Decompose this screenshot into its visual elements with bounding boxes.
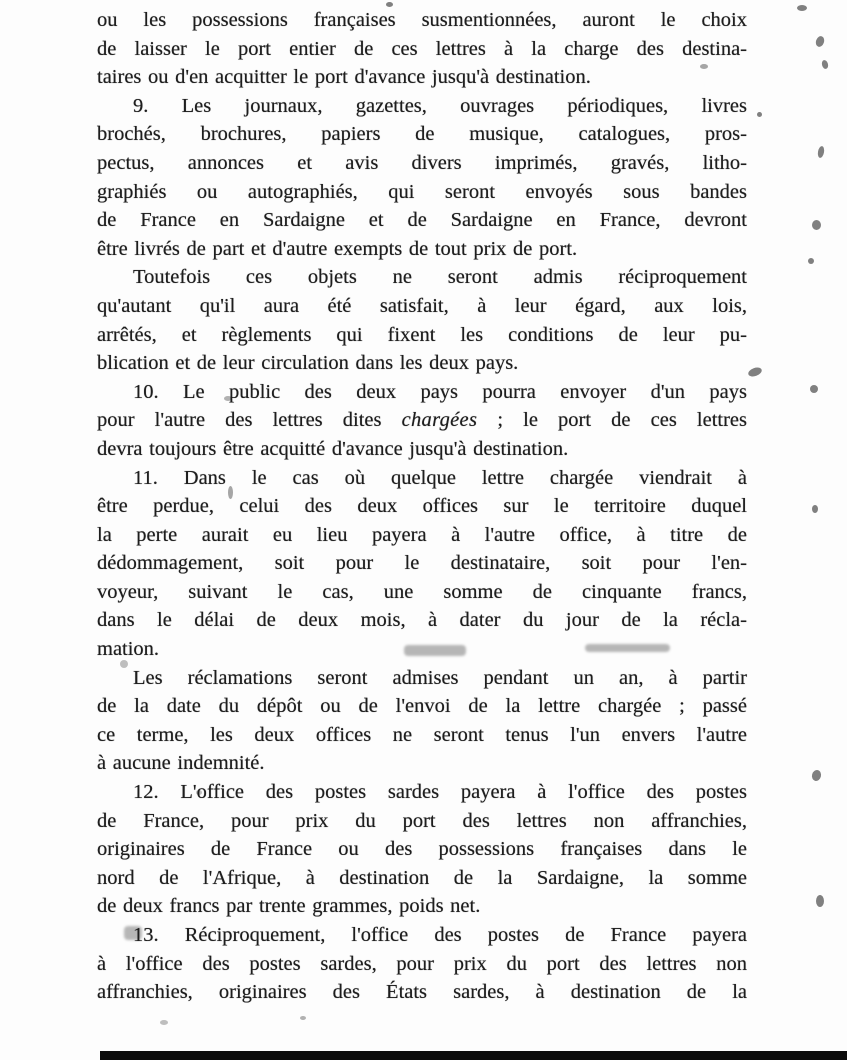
text-line: la perte aurait eu lieu payera à l'autre… (97, 521, 747, 550)
ink-smudge (585, 644, 670, 652)
text-line: Les réclamations seront admises pendant … (97, 664, 747, 693)
text-line: 9. Les journaux, gazettes, ouvrages péri… (97, 92, 747, 121)
ink-speck (386, 2, 393, 7)
text-line: de laisser le port entier de ces lettres… (97, 35, 747, 64)
text-segment: pour l'autre des lettres dites (97, 409, 402, 431)
text-line: de France, pour prix du port des lettres… (97, 807, 747, 836)
text-line: 10. Le public des deux pays pourra envoy… (97, 378, 747, 407)
ink-speck (224, 396, 232, 401)
text-line: brochés, brochures, papiers de musique, … (97, 120, 747, 149)
ink-speck (810, 385, 818, 393)
text-segment: ; le port de ces lettres (477, 409, 747, 431)
text-line: être livrés de part et d'autre exempts d… (97, 235, 747, 264)
ink-speck (196, 790, 202, 795)
italic-term: chargées (402, 409, 478, 431)
text-line: pour l'autre des lettres dites chargées … (97, 406, 747, 435)
ink-speck (228, 486, 233, 499)
text-line: à aucune indemnité. (97, 749, 747, 778)
text-line: de France en Sardaigne et de Sardaigne e… (97, 206, 747, 235)
text-line: blication et de leur circulation dans le… (97, 349, 747, 378)
ink-speck (812, 220, 821, 230)
ink-speck (814, 35, 825, 48)
ink-speck (160, 1020, 168, 1025)
text-line: graphiés ou autographiés, qui seront env… (97, 178, 747, 207)
ink-speck (747, 366, 763, 378)
text-line: arrêtés, et règlements qui fixent les co… (97, 321, 747, 350)
ink-speck (700, 64, 708, 69)
text-line: ou les possessions françaises susmention… (97, 6, 747, 35)
text-line: dans le délai de deux mois, à dater du j… (97, 606, 747, 635)
text-line: affranchies, originaires des États sarde… (97, 978, 747, 1007)
text-line: taires ou d'en acquitter le port d'avanc… (97, 63, 747, 92)
text-column: ou les possessions françaises susmention… (97, 6, 747, 1007)
ink-speck (797, 5, 807, 11)
ink-speck (821, 59, 829, 69)
ink-speck (812, 505, 818, 513)
ink-speck (300, 1016, 306, 1020)
text-line: à l'office des postes sardes, pour prix … (97, 950, 747, 979)
text-line: de la date du dépôt ou de l'envoi de la … (97, 692, 747, 721)
text-line: dédommagement, soit pour le destinataire… (97, 549, 747, 578)
text-line: voyeur, suivant le cas, une somme de cin… (97, 578, 747, 607)
ink-speck (120, 660, 128, 668)
text-line: 13. Réciproquement, l'office des postes … (97, 921, 747, 950)
ink-smudge (404, 645, 466, 656)
ink-speck (817, 146, 825, 159)
text-line: devra toujours être acquitté d'avance ju… (97, 435, 747, 464)
ink-smudge (124, 926, 142, 940)
ink-speck (757, 112, 762, 117)
ink-speck (816, 895, 824, 907)
text-line: 11. Dans le cas où quelque lettre chargé… (97, 464, 747, 493)
text-line: qu'autant qu'il aura été satisfait, à le… (97, 292, 747, 321)
text-line: de deux francs par trente grammes, poids… (97, 892, 747, 921)
text-line: pectus, annonces et avis divers imprimés… (97, 149, 747, 178)
text-line: ce terme, les deux offices ne seront ten… (97, 721, 747, 750)
ink-speck (808, 258, 814, 264)
text-line: être perdue, celui des deux offices sur … (97, 492, 747, 521)
scan-edge-bar (100, 1051, 847, 1060)
text-line: 12. L'office des postes sardes payera à … (97, 778, 747, 807)
text-line: Toutefois ces objets ne seront admis réc… (97, 263, 747, 292)
scanned-page: ou les possessions françaises susmention… (0, 0, 847, 1060)
text-line: originaires de France ou des possessions… (97, 835, 747, 864)
ink-speck (811, 769, 823, 782)
text-line: nord de l'Afrique, à destination de la S… (97, 864, 747, 893)
